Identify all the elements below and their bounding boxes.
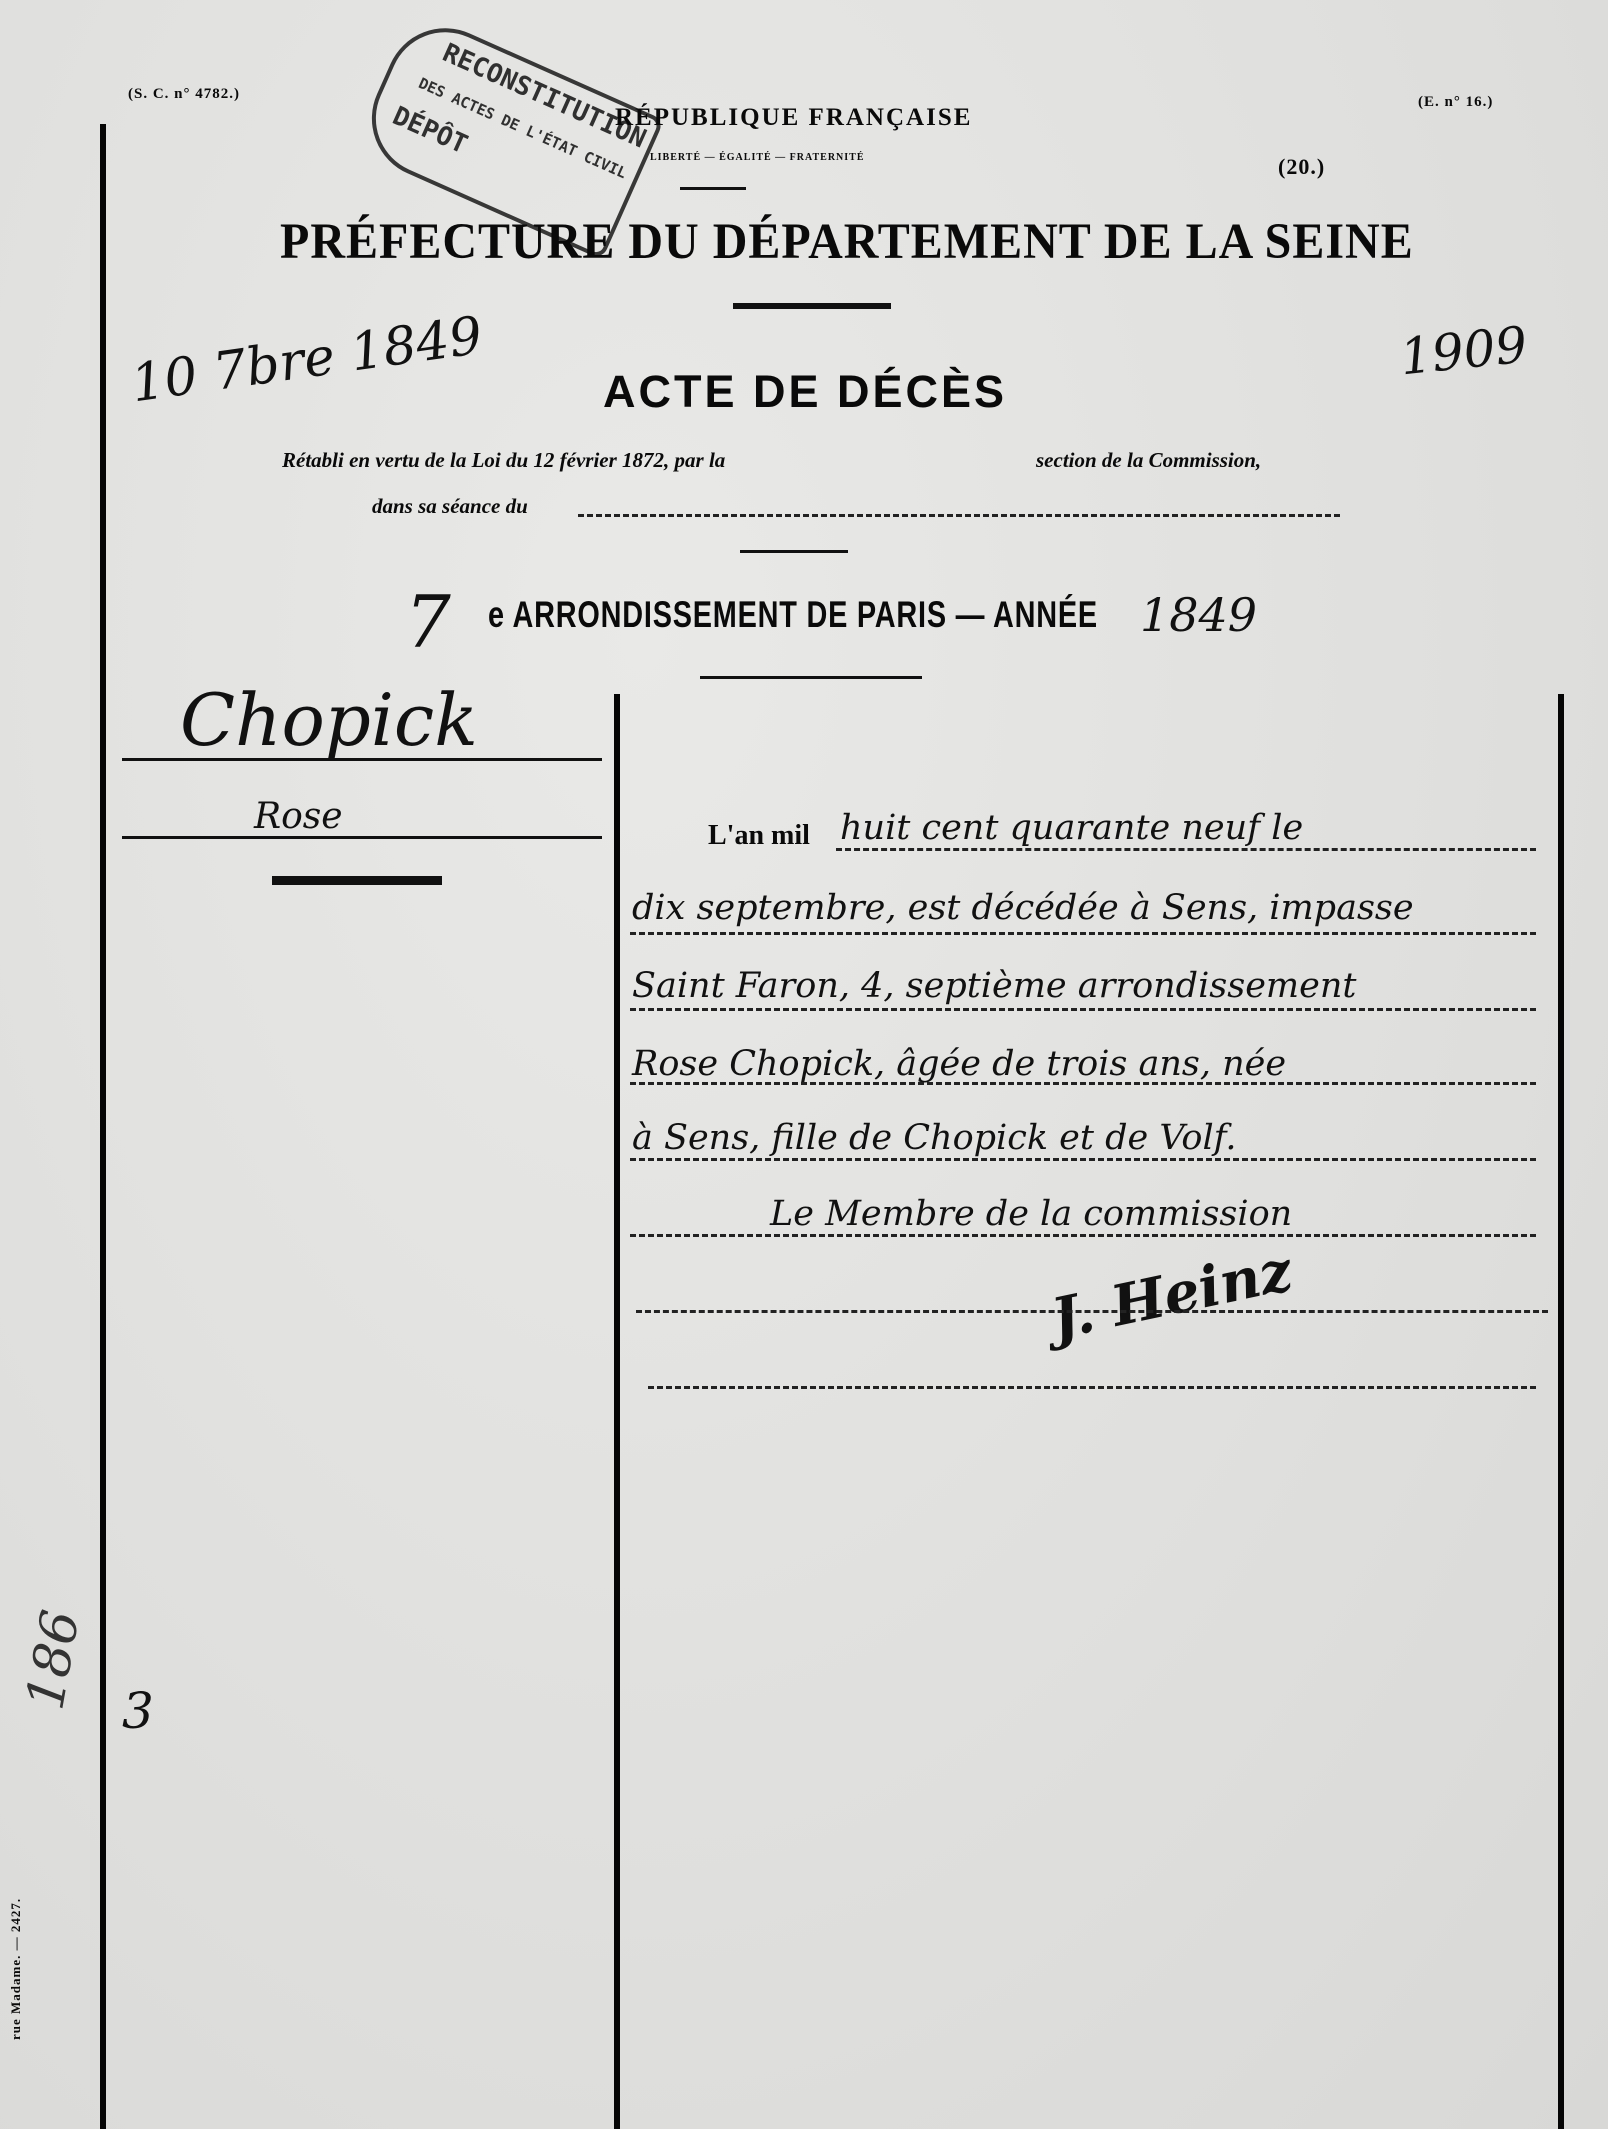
handwritten-date: 10 7bre 1849 (128, 306, 486, 415)
first-name-line (122, 836, 602, 839)
form-number: (20.) (1278, 154, 1325, 180)
divider (733, 303, 891, 309)
arrondissement-year: 1849 (1140, 588, 1257, 642)
record-rule (648, 1386, 1536, 1389)
record-rule (836, 848, 1536, 851)
right-border-line (1558, 694, 1564, 2129)
document-title: ACTE DE DÉCÈS (603, 366, 1007, 418)
signature-line (636, 1310, 1548, 1313)
record-intro: L'an mil (708, 820, 810, 852)
subtitle-part-1: Rétabli en vertu de la Loi du 12 février… (282, 448, 725, 473)
signature: J. Heinz (1046, 1237, 1298, 1352)
divider (740, 550, 848, 553)
margin-first-name: Rose (254, 796, 343, 837)
margin-surname: Chopick (180, 678, 478, 762)
left-border-line (100, 124, 106, 2129)
printer-footer: rue Madame. — 2427. (8, 1898, 24, 2040)
form-ref-right: (E. n° 16.) (1418, 94, 1493, 111)
record-line-1: huit cent quarante neuf le (840, 808, 1303, 848)
divider (680, 187, 746, 190)
subtitle-seance: dans sa séance du (372, 494, 528, 519)
record-rule (630, 932, 1536, 935)
handwritten-number: 1909 (1397, 316, 1530, 387)
record-rule (630, 1158, 1536, 1161)
column-separator (614, 694, 620, 2129)
subtitle-part-2: section de la Commission, (1036, 448, 1261, 473)
prefecture-heading: PRÉFECTURE DU DÉPARTEMENT DE LA SEINE (280, 213, 1414, 271)
arrondissement-label: e ARRONDISSEMENT DE PARIS — ANNÉE (488, 594, 1098, 636)
seance-date-line (578, 514, 1340, 517)
record-rule (630, 1234, 1536, 1237)
republic-heading: RÉPUBLIQUE FRANÇAISE (615, 104, 972, 132)
record-line-2: dix septembre, est décédée à Sens, impas… (632, 888, 1414, 928)
record-line-4: Rose Chopick, âgée de trois ans, née (632, 1044, 1286, 1084)
arrondissement-number: 7 (405, 580, 451, 664)
record-closing: Le Membre de la commission (770, 1194, 1292, 1234)
margin-mark: 3 (122, 1682, 154, 1740)
record-rule (630, 1082, 1536, 1085)
divider-bar (272, 876, 442, 885)
document-page: (S. C. n° 4782.) (E. n° 16.) RECONSTITUT… (0, 0, 1608, 2129)
record-line-5: à Sens, fille de Chopick et de Volf. (632, 1118, 1237, 1158)
republic-motto: LIBERTÉ — ÉGALITÉ — FRATERNITÉ (650, 152, 865, 163)
margin-pencil-number: 186 (15, 1606, 91, 1714)
ornament-divider (700, 676, 922, 679)
form-ref-left: (S. C. n° 4782.) (128, 86, 240, 103)
record-rule (630, 1008, 1536, 1011)
record-line-3: Saint Faron, 4, septième arrondissement (632, 966, 1356, 1006)
surname-line (122, 758, 602, 761)
